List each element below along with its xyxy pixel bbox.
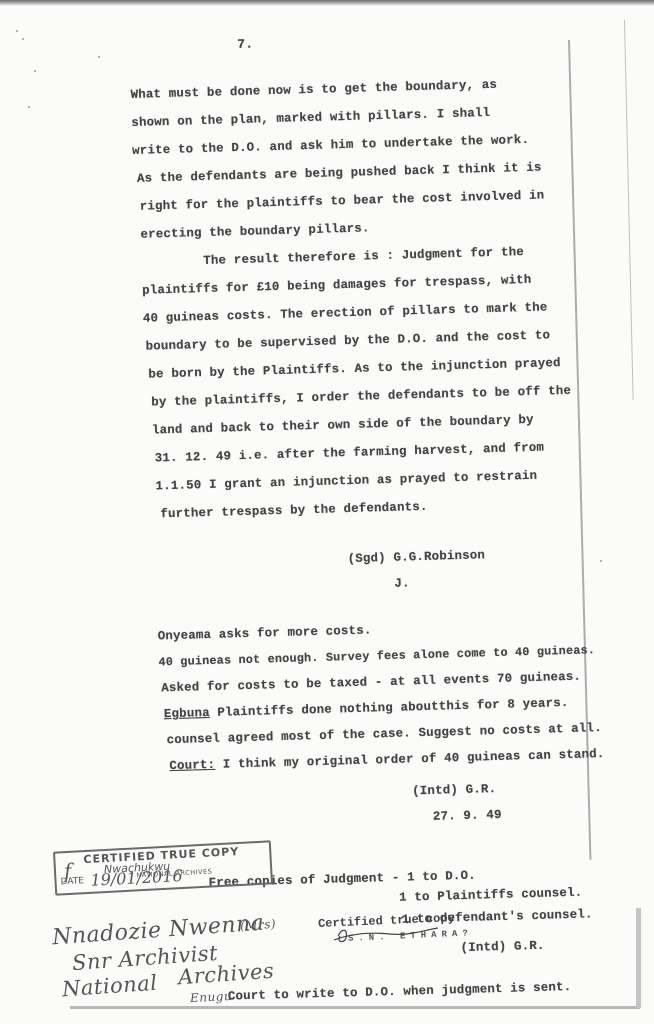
text-line: plaintiffs for £10 being damages for tre…	[142, 273, 532, 298]
text-line: 31. 12. 49 i.e. after the farming harves…	[155, 441, 545, 466]
judge-title: J.	[394, 576, 410, 590]
text-line: Court to write to D.O. when judgment is …	[228, 980, 572, 1004]
text-line: boundary to be supervised by the D.O. an…	[145, 328, 550, 353]
text-line: 1 to Plaintiffs counsel.	[399, 886, 583, 905]
text-line: further trespass by the defendants.	[160, 500, 428, 521]
speck	[28, 106, 30, 108]
scanned-page: 7. What must be done now is to get the b…	[0, 0, 654, 1024]
text-line: 40 guineas costs. The erection of pillar…	[143, 300, 548, 325]
initials: (Intd) G.R.	[460, 939, 544, 955]
handwritten-title: (Mrs)	[240, 917, 277, 933]
text-line: Egbuna Plaintiffs done nothing aboutthis…	[164, 696, 569, 721]
page-number: 7.	[237, 37, 253, 52]
text-line: The result therefore is : Judgment for t…	[203, 245, 524, 268]
text-line: Court: I think my original order of 40 g…	[169, 747, 604, 773]
text-line: land and back to their own side of the b…	[152, 413, 534, 438]
date: 27. 9. 49	[433, 808, 502, 824]
stamp-date-value: 19/01/2016	[90, 866, 183, 890]
speck	[22, 38, 24, 40]
text-line: Onyeama asks for more costs.	[158, 623, 372, 643]
handwritten-location: Enugu	[190, 989, 233, 1005]
paper-bottom-edge	[70, 1006, 640, 1009]
signature-scrawl	[330, 926, 440, 946]
stamp-date-label: DATE	[60, 876, 84, 887]
speaker-name: Court:	[169, 758, 215, 773]
text-line: by the plaintiffs, I order the defendant…	[151, 384, 571, 410]
text-line: Asked for costs to be taxed - at all eve…	[161, 670, 581, 696]
speaker-name: Egbuna	[164, 706, 210, 721]
paper-right-edge	[636, 908, 641, 1008]
text-fragment: I think my original order of 40 guineas …	[215, 747, 605, 772]
fold-line	[624, 20, 634, 400]
speck	[34, 70, 36, 72]
text-line: 1.1.50 I grant an injunction as prayed t…	[155, 469, 537, 494]
handwritten-national: National	[61, 971, 158, 1002]
text-fragment: Plaintiffs done nothing aboutthis for 8 …	[210, 696, 569, 720]
speck	[16, 30, 18, 32]
text-line: erecting the boundary pillars.	[140, 221, 369, 241]
text-line: 40 guineas not enough. Survey fees alone…	[158, 643, 595, 669]
text-line: shown on the plan, marked with pillars. …	[131, 106, 490, 130]
speck	[600, 560, 602, 562]
fold-line	[568, 40, 591, 860]
text-line: counsel agreed most of the case. Suggest…	[166, 721, 601, 747]
scan-top-edge	[0, 0, 654, 6]
text-line: write to the D.O. and ask him to underta…	[132, 133, 529, 158]
text-line: What must be done now is to get the boun…	[130, 78, 497, 102]
speck	[98, 56, 100, 58]
judge-signature: (Sgd) G.G.Robinson	[348, 548, 486, 566]
text-line: As the defendants are being pushed back …	[137, 161, 542, 186]
text-line: be born by the Plaintiffs. As to the inj…	[148, 356, 561, 382]
text-line: right for the plaintiffs to bear the cos…	[140, 188, 545, 213]
initials: (Intd) G.R.	[412, 782, 496, 798]
